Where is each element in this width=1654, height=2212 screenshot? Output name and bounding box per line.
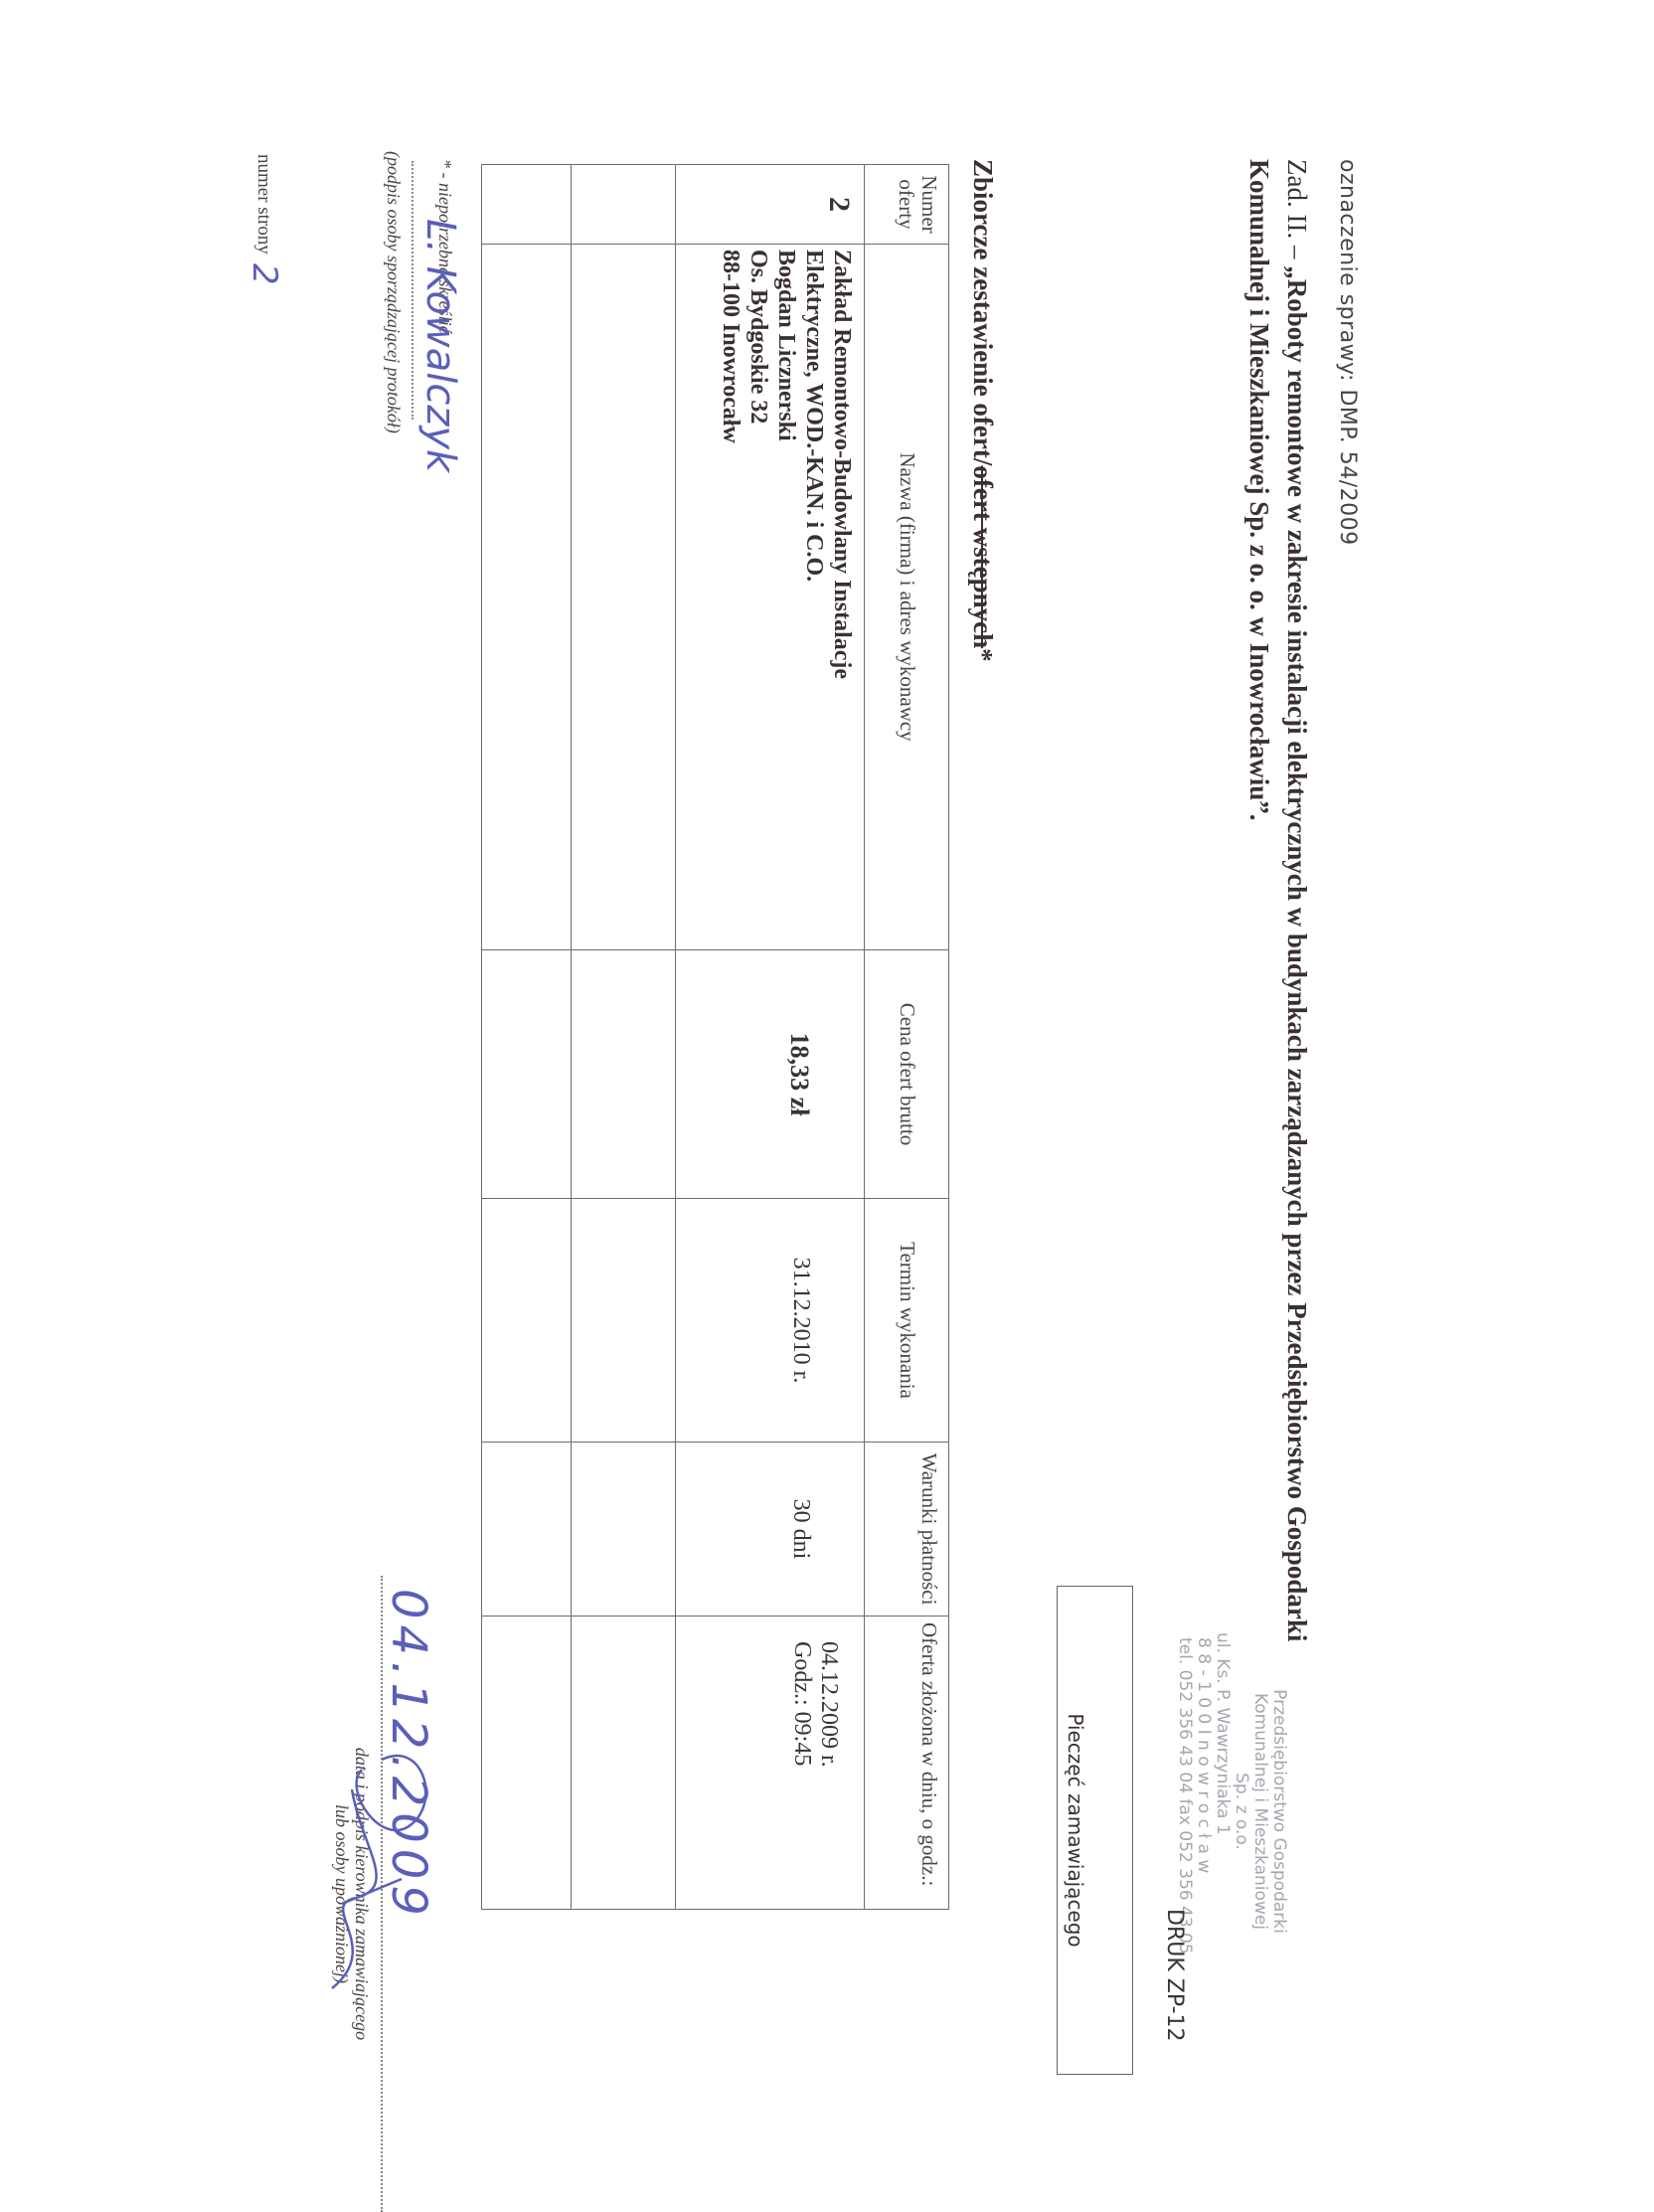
cell-contractor: Zakład Remontowo-Budowlany Instalacje El… (676, 245, 865, 950)
stamp-line: Przedsiębiorstwo Gospodarki (1269, 1662, 1288, 1960)
stamp-line: Sp. z o.o. (1232, 1662, 1250, 1960)
cell-payment-terms (572, 1443, 676, 1616)
heading-text: Zbiorcze zestawienie ofert/ (968, 159, 998, 465)
signature-line-left (412, 161, 413, 420)
case-reference: oznaczenie sprawy: DMP. 54/2009 (1335, 159, 1360, 546)
cell-contractor (572, 245, 676, 950)
header-completion-date: Termin wykonania (865, 1199, 949, 1443)
contractor-line: Bogdan Licznerski (772, 250, 800, 949)
header-offer-number: Numer oferty (865, 165, 949, 245)
contractor-line: Elektryczne, WOD.-KAN. i C.O. (800, 250, 828, 949)
cell-completion-date: 31.12.2010 r. (676, 1199, 865, 1443)
stamp-box: Pieczęć zamawiającego (1057, 1586, 1133, 2075)
cell-submitted-at (572, 1616, 676, 1910)
header-contractor-name: Nazwa (firma) i adres wykonawcy (865, 245, 949, 950)
stamp-line: ul. Ks. P. Wawrzyniaka 1 (1213, 1632, 1232, 2080)
cell-offer-number (572, 165, 676, 245)
signature-caption-left: (podpis osoby sporządzającej protokół) (383, 151, 404, 433)
form-code: DRUK ZP-12 (1162, 1909, 1187, 2042)
table-row (572, 165, 676, 1910)
cell-offer-number: 2 (676, 165, 865, 245)
title-subject: „Roboty remontowe w zakresie instalacji … (1244, 159, 1312, 1641)
cell-gross-price (572, 950, 676, 1199)
header-gross-price: Cena ofert brutto (865, 950, 949, 1199)
stamp-line: 8 8 - 1 0 0 I n o w r o c ł a w (1194, 1637, 1213, 2080)
table-row: 2 Zakład Remontowo-Budowlany Instalacje … (676, 165, 865, 1910)
stamp-line: Komunalnej i Mieszkaniowej (1250, 1662, 1269, 1960)
header-payment-terms: Warunki płatności (865, 1443, 949, 1616)
cell-submitted-at: 04.12.2009 r. Godz.: 09:45 (676, 1616, 865, 1910)
signature-scribble-icon (312, 1730, 441, 2028)
heading-footnote-mark: * (968, 648, 998, 662)
cell-payment-terms: 30 dni (676, 1443, 865, 1616)
cell-completion-date (482, 1199, 572, 1443)
cell-gross-price (482, 950, 572, 1199)
stamp-label: Pieczęć zamawiającego (1064, 1587, 1087, 2074)
table-row (482, 165, 572, 1910)
handwritten-page-number: 2 (245, 263, 284, 285)
cell-payment-terms (482, 1443, 572, 1616)
handwritten-signature-left: L. Kowalczyk (417, 219, 463, 472)
submitted-date: 04.12.2009 r. (815, 1641, 842, 1909)
title-prefix: Zad. II. – (1282, 159, 1312, 265)
contractor-line: 88-100 Inowrocałw (717, 250, 744, 949)
contractor-line: Zakład Remontowo-Budowlany Instalacje (828, 250, 856, 949)
table-header-row: Numer oferty Nazwa (firma) i adres wykon… (865, 165, 949, 1910)
heading-struck-text: ofert wstępnych (968, 465, 998, 648)
cell-contractor (482, 245, 572, 950)
company-stamp-imprint: Przedsiębiorstwo Gospodarki Komunalnej i… (1175, 1583, 1288, 2080)
document-page: oznaczenie sprawy: DMP. 54/2009 Zad. II.… (0, 0, 1654, 2212)
submitted-time: Godz.: 09:45 (788, 1641, 815, 1909)
cell-gross-price: 18,33 zł (676, 950, 865, 1199)
summary-heading: Zbiorcze zestawienie ofert/ofert wstępny… (967, 159, 998, 662)
cell-completion-date (572, 1199, 676, 1443)
offers-table: Numer oferty Nazwa (firma) i adres wykon… (481, 164, 949, 1910)
cell-submitted-at (482, 1616, 572, 1910)
cell-offer-number (482, 165, 572, 245)
contractor-line: Os. Bydgoskie 32 (744, 250, 772, 949)
page-number-label: numer strony (252, 154, 274, 255)
document-title: Zad. II. – „Roboty remontowe w zakresie … (1240, 159, 1316, 1650)
header-submitted-at: Oferta złożona w dniu, o godz.: (865, 1616, 949, 1910)
